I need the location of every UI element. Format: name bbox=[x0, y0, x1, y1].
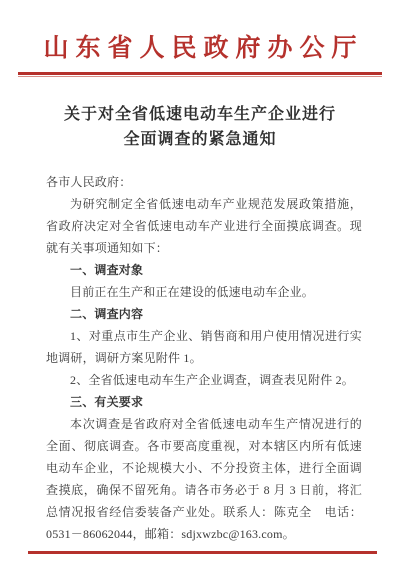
letterhead-org-name: 山东省人民政府办公厅 bbox=[0, 0, 400, 65]
footer-rule bbox=[28, 551, 377, 554]
section-1-text: 目前正在生产和正在建设的低速电动车企业。 bbox=[46, 281, 362, 303]
section-3-heading: 三、有关要求 bbox=[46, 391, 362, 413]
section-2-heading: 二、调查内容 bbox=[46, 303, 362, 325]
document-page: 山东省人民政府办公厅 关于对全省低速电动车生产企业进行 全面调查的紧急通知 各市… bbox=[0, 0, 400, 562]
section-2-item-1: 1、对重点市生产企业、销售商和用户使用情况进行实地调研，调研方案见附件 1。 bbox=[46, 325, 362, 369]
document-title: 关于对全省低速电动车生产企业进行 全面调查的紧急通知 bbox=[0, 102, 400, 152]
section-3-text: 本次调查是省政府对全省低速电动车生产情况进行的全面、彻底调查。各市要高度重视，对… bbox=[46, 413, 362, 545]
intro-paragraph: 为研究制定全省低速电动车产业规范发展政策措施，省政府决定对全省低速电动车产业进行… bbox=[46, 193, 362, 259]
document-body: 各市人民政府： 为研究制定全省低速电动车产业规范发展政策措施，省政府决定对全省低… bbox=[46, 171, 362, 545]
salutation: 各市人民政府： bbox=[46, 171, 362, 193]
document-title-line-1: 关于对全省低速电动车生产企业进行 bbox=[0, 102, 400, 127]
section-2-item-2: 2、全省低速电动车生产企业调查，调查表见附件 2。 bbox=[46, 369, 362, 391]
letterhead-rule bbox=[18, 72, 382, 77]
section-1-heading: 一、调查对象 bbox=[46, 259, 362, 281]
document-title-line-2: 全面调查的紧急通知 bbox=[0, 127, 400, 152]
